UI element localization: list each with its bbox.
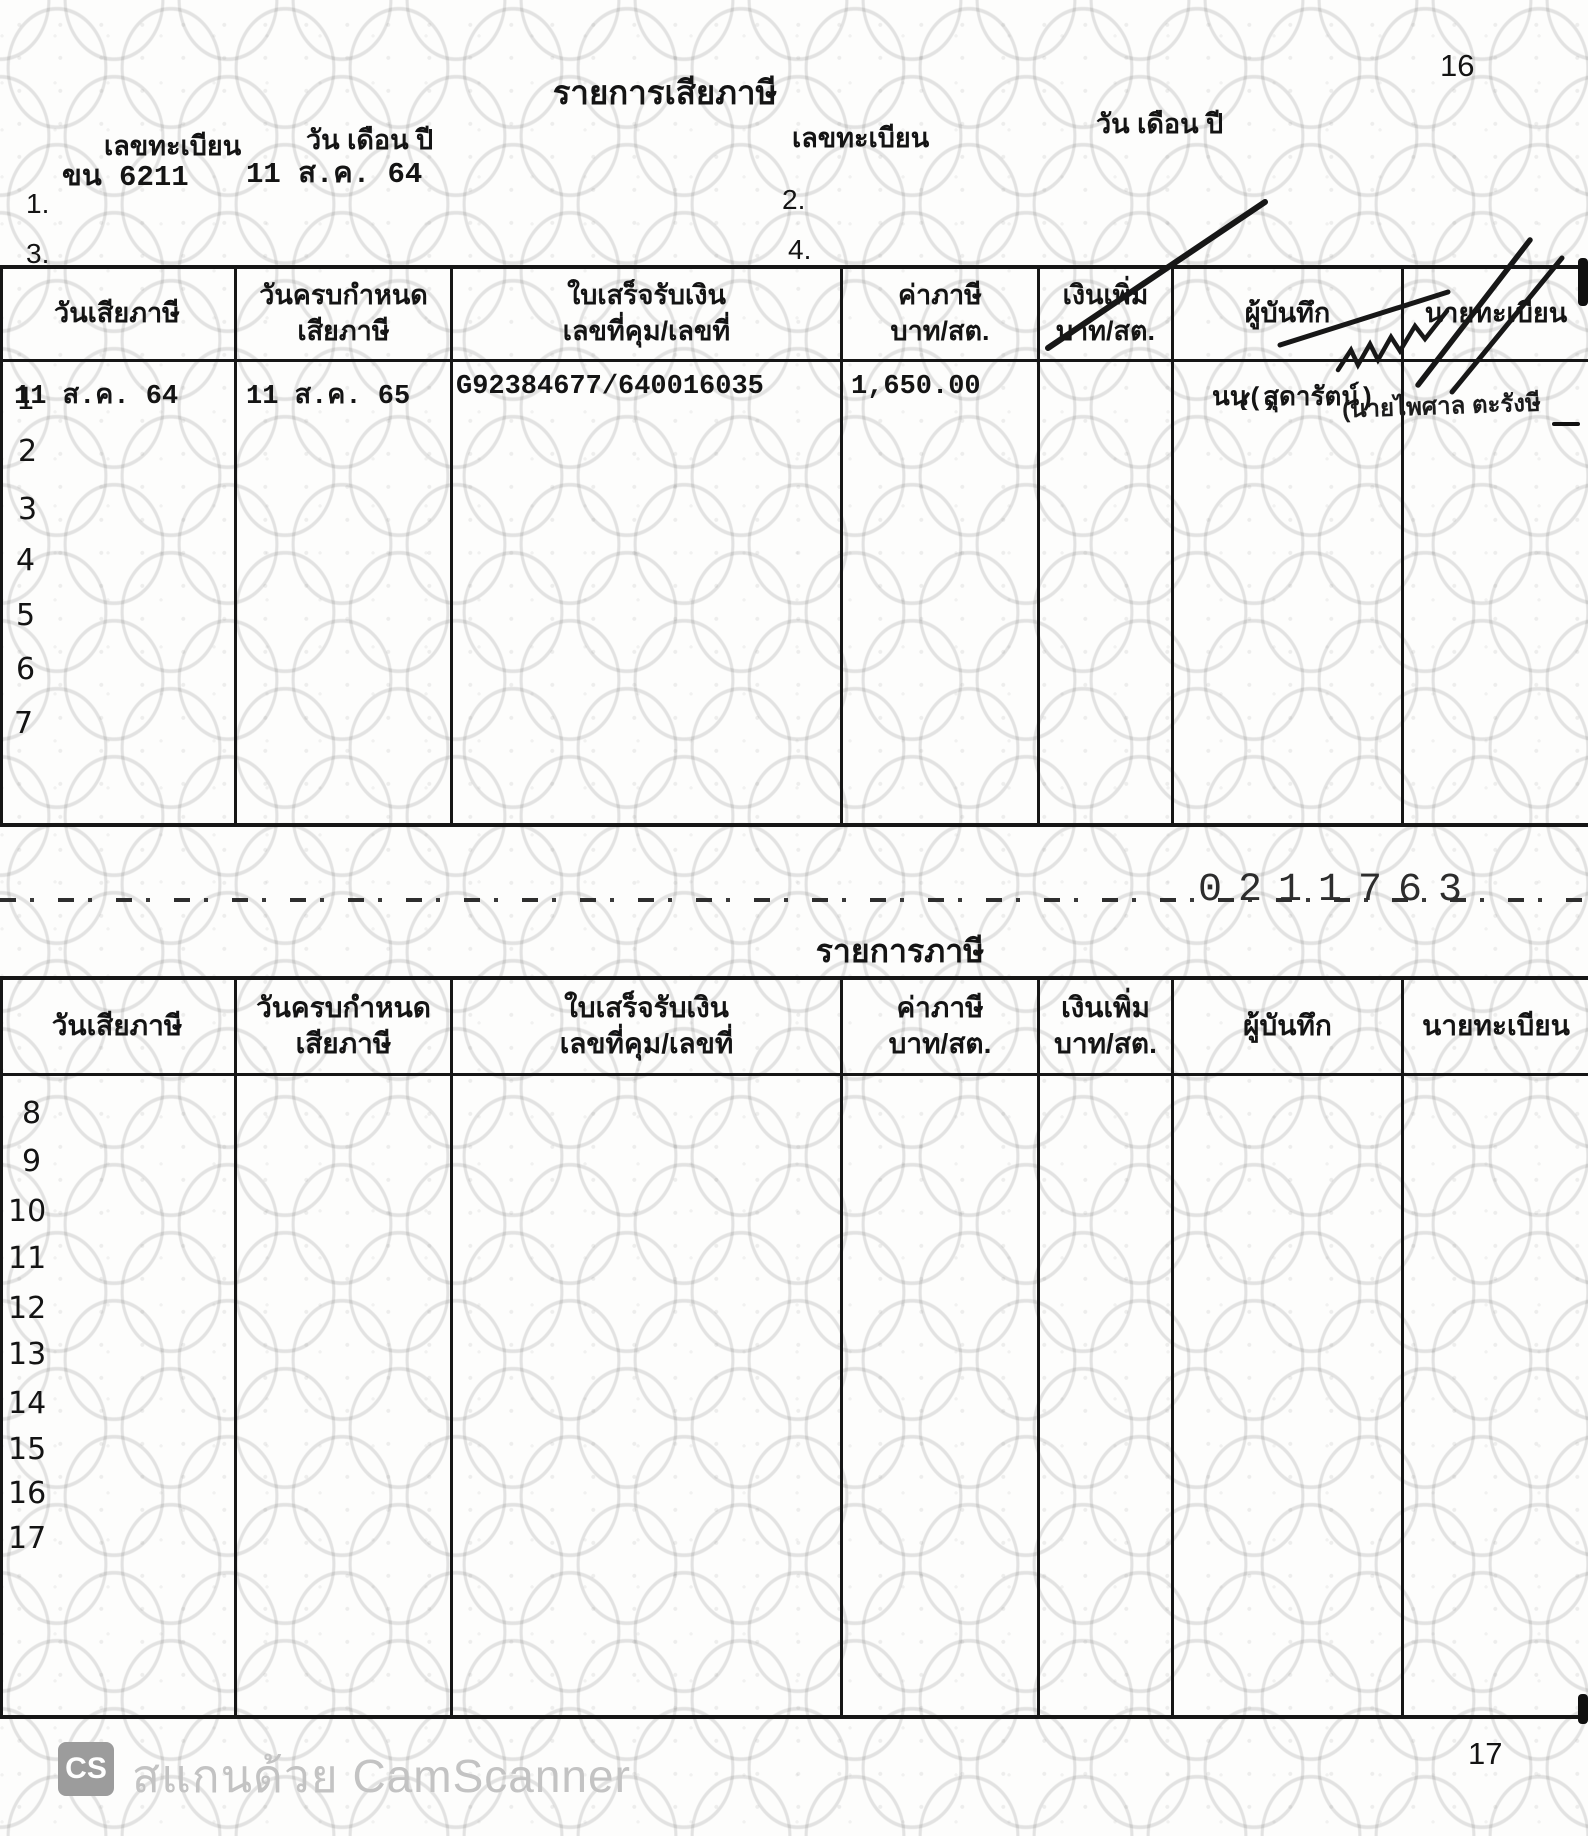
row-number: 12 <box>8 1291 46 1326</box>
entry-tax-amount: 1,650.00 <box>851 372 981 402</box>
table2-column-line <box>840 976 843 1718</box>
table2-header-surcharge: เงินเพิ่มบาท/สต. <box>1040 979 1171 1073</box>
header-line: ค่าภาษี <box>898 278 982 313</box>
registration-number-value: ขน 6211 <box>62 152 189 198</box>
pen-stroke <box>1048 202 1265 348</box>
table2-column-line <box>450 976 453 1718</box>
row-number: 2 <box>18 434 37 469</box>
table2-bottom-border <box>0 1715 1588 1719</box>
signature-slash <box>1452 258 1562 392</box>
pen-dash-mark <box>1552 422 1580 426</box>
header-line: เสียภาษี <box>297 314 389 349</box>
header-line: นายทะเบียน <box>1422 1008 1570 1044</box>
table1-header-receipt: ใบเสร็จรับเงินเลขที่คุม/เลขที่ <box>453 268 840 359</box>
item-number-4: 4. <box>788 234 811 266</box>
registration-label-right: เลขทะเบียน <box>792 116 929 159</box>
entry-receipt-number: G92384677/640016035 <box>456 372 764 402</box>
table2-header-tax-amount: ค่าภาษีบาท/สต. <box>843 979 1037 1073</box>
row-number: 9 <box>22 1144 41 1179</box>
date-label-right: วัน เดือน ปี <box>1096 102 1223 145</box>
header-line: เสียภาษี <box>296 1026 392 1062</box>
row-number: 3 <box>18 492 37 527</box>
row-number: 4 <box>16 543 35 578</box>
table2-header-border <box>0 1073 1588 1076</box>
row-number: 14 <box>8 1386 46 1421</box>
scan-artifact <box>1578 258 1588 306</box>
header-line: ใบเสร็จรับเงิน <box>564 990 729 1026</box>
row-number: 16 <box>8 1476 46 1511</box>
section1-title: รายการเสียภาษี <box>540 66 790 119</box>
section2-title: รายการภาษี <box>780 926 1020 977</box>
row-number: 17 <box>8 1521 46 1556</box>
row-number: 10 <box>8 1194 46 1229</box>
row-number: 6 <box>16 652 35 687</box>
row-number: 7 <box>14 706 33 741</box>
control-stamp-number: 0211763 <box>1198 868 1478 913</box>
header-line: วันครบกำหนด <box>256 990 431 1026</box>
header-line: ค่าภาษี <box>896 990 983 1026</box>
table2-header-due-date: วันครบกำหนดเสียภาษี <box>237 979 450 1073</box>
table2-header-registrar: นายทะเบียน <box>1404 979 1588 1073</box>
entry-tax-date: 11 ส.ค. 64 <box>14 372 178 415</box>
table2-left-border <box>0 976 3 1718</box>
table2-header-recorder: ผู้บันทึก <box>1174 979 1401 1073</box>
header-line: เลขที่คุม/เลขที่ <box>563 314 730 349</box>
header-line: ใบเสร็จรับเงิน <box>567 278 726 313</box>
camscanner-watermark-text: สแกนด้วย CamScanner <box>132 1740 631 1813</box>
ink-loop <box>1242 394 1272 410</box>
table1-bottom-border <box>0 823 1588 827</box>
page-number-bottom: 17 <box>1468 1736 1502 1772</box>
row-number: 13 <box>8 1337 46 1372</box>
header-line: บาท/สต. <box>1054 1026 1157 1062</box>
camscanner-logo: CS <box>58 1742 114 1796</box>
header-line: ผู้บันทึก <box>1243 1008 1332 1044</box>
row-number: 15 <box>8 1432 46 1467</box>
registrar-signature <box>1000 180 1588 410</box>
row-number: 5 <box>16 598 35 633</box>
header-line: เลขที่คุม/เลขที่ <box>560 1026 734 1062</box>
row-number: 11 <box>8 1241 46 1276</box>
scanned-tax-record-page: 16 17 รายการเสียภาษี เลขทะเบียน วัน เดือ… <box>0 0 1588 1836</box>
table2-column-line <box>234 976 237 1718</box>
item-number-1: 1. <box>26 188 49 220</box>
header-line: บาท/สต. <box>890 314 989 349</box>
header-line: เงินเพิ่ม <box>1061 990 1150 1026</box>
header-line: บาท/สต. <box>889 1026 992 1062</box>
page-number-top: 16 <box>1440 48 1474 84</box>
entry-due-date: 11 ส.ค. 65 <box>246 372 410 415</box>
header-line: วันเสียภาษี <box>54 296 180 331</box>
table2-header-tax-date: วันเสียภาษี <box>0 979 234 1073</box>
table2-column-line <box>1037 976 1040 1718</box>
table1-header-tax-date: วันเสียภาษี <box>0 268 234 359</box>
table2-column-line <box>1171 976 1174 1718</box>
row-number: 8 <box>22 1096 41 1131</box>
header-line: วันครบกำหนด <box>259 278 428 313</box>
table1-header-due-date: วันครบกำหนดเสียภาษี <box>237 268 450 359</box>
scan-artifact <box>1578 1694 1588 1724</box>
row-number: 1 <box>16 382 35 417</box>
header-line: วันเสียภาษี <box>52 1008 183 1044</box>
table2-column-line <box>1401 976 1404 1718</box>
item-number-2: 2. <box>782 184 805 216</box>
registration-date-value: 11 ส.ค. 64 <box>246 149 422 195</box>
table2-header-receipt: ใบเสร็จรับเงินเลขที่คุม/เลขที่ <box>453 979 840 1073</box>
